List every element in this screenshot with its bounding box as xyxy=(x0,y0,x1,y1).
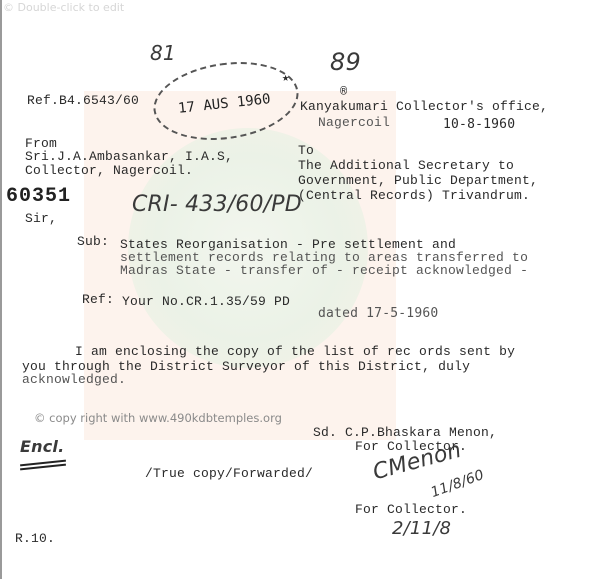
office-line2: Nagercoil xyxy=(318,116,390,129)
handwritten-file-ref: CRI- 433/60/PD xyxy=(132,198,302,211)
salutation: Sir, xyxy=(25,212,57,225)
handwritten-initial-date: 2/11/8 xyxy=(392,522,451,535)
serial-number: 60351 xyxy=(6,185,71,208)
sub-label: Sub: xyxy=(77,235,109,248)
body-line3: acknowledged. xyxy=(22,373,126,386)
handwritten-top-number: 81 xyxy=(150,47,176,60)
office-line1: Kanyakumari Collector's office, xyxy=(300,100,548,113)
registered-mark: ® xyxy=(340,86,347,99)
to-line2: Government, Public Department, xyxy=(298,174,538,187)
ref-dated: dated 17-5-1960 xyxy=(318,307,438,320)
star-icon: ★ xyxy=(282,72,289,85)
letter-reference: Ref.B4.6543/60 xyxy=(27,94,139,107)
handwritten-page-number: 89 xyxy=(330,56,361,69)
signed-by: Sd. C.P.Bhaskara Menon, xyxy=(313,426,497,439)
ref-text: Your No.CR.1.35/59 PD xyxy=(122,295,290,308)
to-line3: (Central Records) Trivandrum. xyxy=(298,189,530,202)
sub-line3: Madras State - transfer of - receipt ack… xyxy=(120,264,528,277)
from-line2: Collector, Nagercoil. xyxy=(25,164,193,177)
letter-date: 10-8-1960 xyxy=(443,118,515,131)
handwritten-encl: Encl. xyxy=(20,440,64,453)
handwritten-signature-date: 11/8/60 xyxy=(429,469,485,500)
for-collector-2: For Collector. xyxy=(355,503,467,516)
watermark-copyright: © copy right with www.490kdbtemples.org xyxy=(34,411,282,425)
page-left-border xyxy=(0,0,2,579)
true-copy: /True copy/Forwarded/ xyxy=(145,467,313,480)
ref-label: Ref: xyxy=(82,293,114,306)
to-label: To xyxy=(298,144,314,157)
info-circle-icon: © xyxy=(3,1,18,14)
footer-code: R.10. xyxy=(15,532,55,545)
to-line1: The Additional Secretary to xyxy=(298,159,514,172)
body-line1: I am enclosing the copy of the list of r… xyxy=(75,345,515,358)
edit-hint[interactable]: © Double-click to edit xyxy=(3,1,124,14)
from-line1: Sri.J.A.Ambasankar, I.A.S, xyxy=(25,150,233,163)
